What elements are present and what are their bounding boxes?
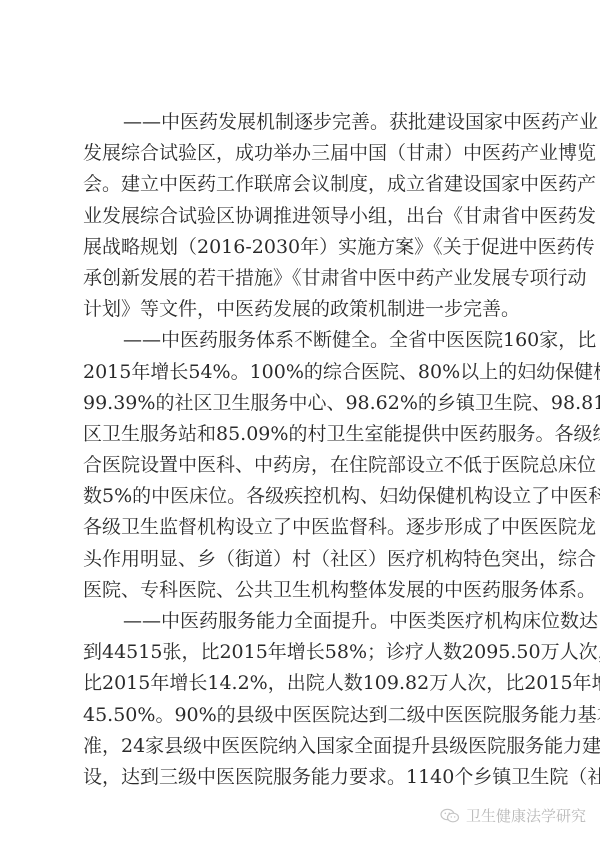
text-line: ——中医药发展机制逐步完善。获批建设国家中医药产业	[83, 107, 519, 138]
text-line: 计划》等文件，中医药发展的政策机制进一步完善。	[83, 294, 519, 325]
text-line: ——中医药服务体系不断健全。全省中医医院160家，比	[83, 325, 519, 356]
text-line: 承创新发展的若干措施》《甘肃省中医中药产业发展专项行动	[83, 263, 519, 294]
wechat-icon	[440, 808, 460, 824]
text-line: 比2015年增长14.2%，出院人数109.82万人次，比2015年增长	[83, 668, 519, 699]
text-line: 99.39%的社区卫生服务中心、98.62%的乡镇卫生院、98.81%的社	[83, 388, 519, 419]
text-line: 医院、专科医院、公共卫生机构整体发展的中医药服务体系。	[83, 575, 519, 606]
text-line: 头作用明显、乡（街道）村（社区）医疗机构特色突出，综合	[83, 544, 519, 575]
text-line: ——中医药服务能力全面提升。中医类医疗机构床位数达	[83, 606, 519, 637]
text-line: 45.50%。90%的县级中医医院达到二级中医医院服务能力基本标	[83, 700, 519, 731]
text-line: 到44515张，比2015年增长58%；诊疗人数2095.50万人次，	[83, 637, 519, 668]
text-line: 展战略规划（2016-2030年）实施方案》《关于促进中医药传	[83, 232, 519, 263]
text-line: 各级卫生监督机构设立了中医监督科。逐步形成了中医医院龙	[83, 512, 519, 543]
watermark-text: 卫生健康法学研究	[466, 805, 586, 826]
text-line: 设，达到三级中医医院服务能力要求。1140个乡镇卫生院（社	[83, 762, 519, 793]
text-line: 会。建立中医药工作联席会议制度，成立省建设国家中医药产	[83, 169, 519, 200]
text-line: 2015年增长54%。100%的综合医院、80%以上的妇幼保健机构、	[83, 357, 519, 388]
text-line: 数5%的中医床位。各级疾控机构、妇幼保健机构设立了中医科，	[83, 481, 519, 512]
text-line: 发展综合试验区，成功举办三届中国（甘肃）中医药产业博览	[83, 138, 519, 169]
text-line: 准，24家县级中医医院纳入国家全面提升县级医院服务能力建	[83, 731, 519, 762]
watermark: 卫生健康法学研究	[440, 805, 586, 826]
text-line: 业发展综合试验区协调推进领导小组，出台《甘肃省中医药发	[83, 201, 519, 232]
document-body: ——中医药发展机制逐步完善。获批建设国家中医药产业 发展综合试验区，成功举办三届…	[83, 107, 519, 793]
text-line: 合医院设置中医科、中药房，在住院部设立不低于医院总床位	[83, 450, 519, 481]
text-line: 区卫生服务站和85.09%的村卫生室能提供中医药服务。各级综	[83, 419, 519, 450]
